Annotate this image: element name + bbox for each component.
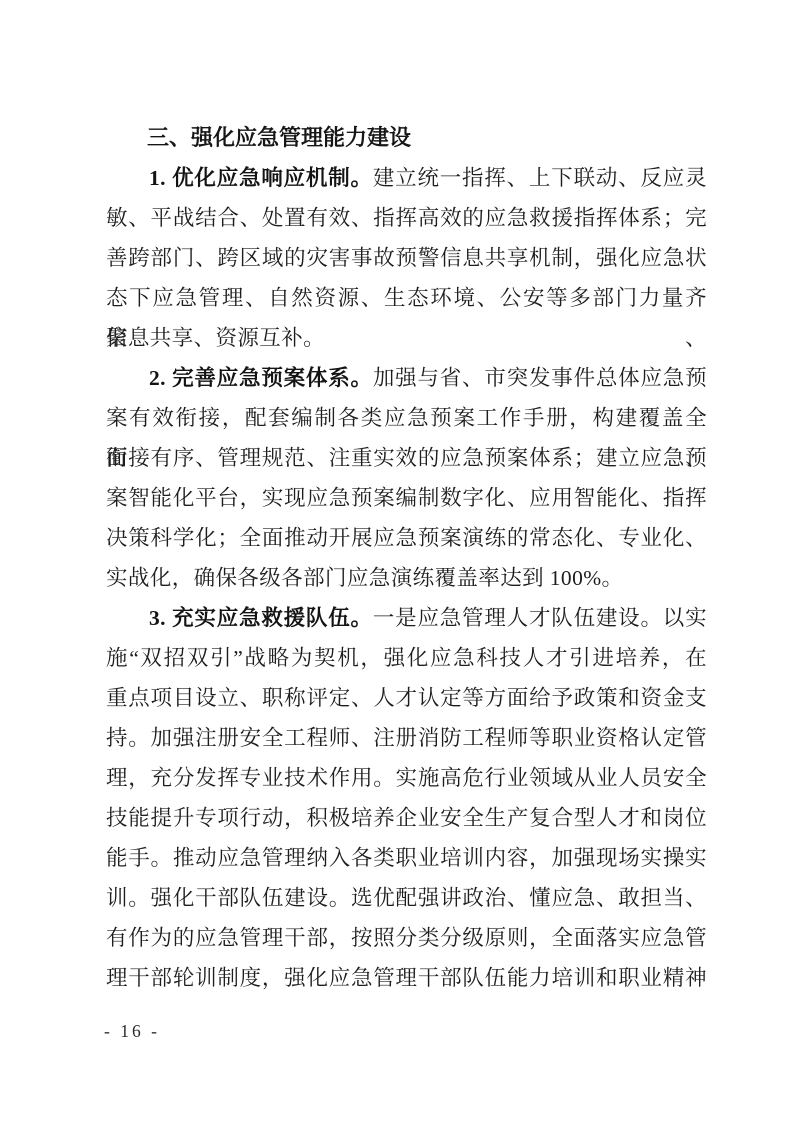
paragraph-1-line-1: 1. 优化应急响应机制。建立统一指挥、上下联动、反应灵: [106, 158, 707, 198]
paragraph-2-line-5: 决策科学化；全面推动开展应急预案演练的常态化、专业化、: [106, 518, 707, 558]
paragraph-3-line-8: 训。强化干部队伍建设。选优配强讲政治、懂应急、敢担当、: [106, 878, 707, 918]
paragraph-1-text: 建立统一指挥、上下联动、反应灵: [373, 166, 707, 190]
paragraph-3-lead: 3. 充实应急救援队伍。: [149, 606, 373, 630]
paragraph-2-text: 加强与省、市突发事件总体应急预: [373, 366, 707, 390]
paragraph-3-line-10: 理干部轮训制度，强化应急管理干部队伍能力培训和职业精神: [106, 958, 707, 998]
paragraph-2-line-4: 案智能化平台，实现应急预案编制数字化、应用智能化、指挥: [106, 478, 707, 518]
paragraph-3-line-9: 有作为的应急管理干部，按照分类分级原则，全面落实应急管: [106, 918, 707, 958]
paragraph-3-line-3: 重点项目设立、职称评定、人才认定等方面给予政策和资金支: [106, 678, 707, 718]
paragraph-3-line-4: 持。加强注册安全工程师、注册消防工程师等职业资格认定管: [106, 718, 707, 758]
paragraph-2-lead: 2. 完善应急预案体系。: [149, 366, 373, 390]
paragraph-3-line-5: 理，充分发挥专业技术作用。实施高危行业领域从业人员安全: [106, 758, 707, 798]
document-body: 三、强化应急管理能力建设 1. 优化应急响应机制。建立统一指挥、上下联动、反应灵…: [106, 118, 707, 998]
paragraph-3-text: 一是应急管理人才队伍建设。以实: [373, 606, 707, 630]
paragraph-2-line-1: 2. 完善应急预案体系。加强与省、市突发事件总体应急预: [106, 358, 707, 398]
section-heading: 三、强化应急管理能力建设: [106, 118, 707, 158]
paragraph-2-line-6: 实战化，确保各级各部门应急演练覆盖率达到 100%。: [106, 558, 707, 598]
paragraph-1-lead: 1. 优化应急响应机制。: [149, 166, 373, 190]
paragraph-2-line-2: 案有效衔接，配套编制各类应急预案工作手册，构建覆盖全面、: [106, 398, 707, 438]
paragraph-1-line-3: 善跨部门、跨区域的灾害事故预警信息共享机制，强化应急状: [106, 238, 707, 278]
paragraph-3-line-1: 3. 充实应急救援队伍。一是应急管理人才队伍建设。以实: [106, 598, 707, 638]
paragraph-2-line-3: 衔接有序、管理规范、注重实效的应急预案体系；建立应急预: [106, 438, 707, 478]
paragraph-1-line-4: 态下应急管理、自然资源、生态环境、公安等多部门力量齐聚、: [106, 278, 707, 318]
paragraph-3-line-6: 技能提升专项行动，积极培养企业安全生产复合型人才和岗位: [106, 798, 707, 838]
paragraph-1-line-2: 敏、平战结合、处置有效、指挥高效的应急救援指挥体系；完: [106, 198, 707, 238]
document-page: 三、强化应急管理能力建设 1. 优化应急响应机制。建立统一指挥、上下联动、反应灵…: [0, 0, 794, 1122]
paragraph-3-line-2: 施“双招双引”战略为契机，强化应急科技人才引进培养，在: [106, 638, 707, 678]
page-number: - 16 -: [104, 1021, 160, 1042]
paragraph-3-line-7: 能手。推动应急管理纳入各类职业培训内容，加强现场实操实: [106, 838, 707, 878]
